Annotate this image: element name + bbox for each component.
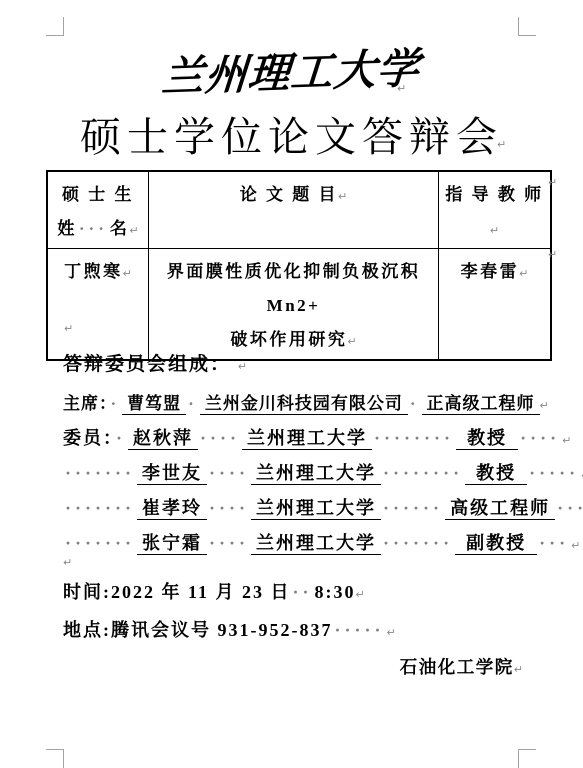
place-value: 腾讯会议号 931-952-837 (111, 620, 333, 640)
space-dots: ········ (381, 463, 465, 483)
space-dots: ······ (381, 498, 445, 518)
member-name: 李世友 (137, 463, 207, 485)
chair-title: 正高级工程师 (422, 394, 540, 415)
committee-member-row: ·······崔孝玲····兰州理工大学······高级工程师···↵ (63, 494, 583, 520)
margin-crop-mark-bottom-right (518, 749, 536, 768)
university-logo-calligraphy: 兰州理工大学 (160, 35, 422, 104)
space-dots: · (408, 394, 422, 413)
paragraph-mark: ↵ (540, 399, 549, 412)
space-dots: ··· (77, 219, 110, 238)
space-dots: · (114, 428, 128, 448)
space-dots: ···· (207, 533, 251, 553)
paragraph-mark: ↵ (123, 267, 132, 280)
paragraph-mark: ↵ (490, 224, 499, 237)
paragraph-mark: ↵ (356, 588, 365, 601)
member-organization: 兰州理工大学 (242, 428, 372, 450)
header-cell-thesis-title: 论 文 题 目↵ (149, 171, 439, 249)
paragraph-mark: ↵ (519, 267, 528, 280)
paragraph-mark: ↵ (129, 224, 138, 237)
member-organization: 兰州理工大学 (251, 463, 381, 485)
header-cell-advisor: 指 导 教 师↵ (439, 171, 552, 249)
school-name: 石油化工学院 (400, 657, 514, 677)
paragraph-mark: ↵ (562, 434, 571, 447)
paragraph-mark: ↵ (387, 626, 396, 639)
space-dots: ·· (291, 582, 315, 602)
margin-crop-mark-bottom-left (46, 749, 64, 768)
space-dots: ··· (555, 498, 583, 518)
member-organization: 兰州理工大学 (251, 533, 381, 555)
member-name: 张宁霜 (137, 533, 207, 555)
paragraph-mark: ↵ (238, 360, 247, 373)
paragraph-mark: ↵ (338, 190, 347, 203)
committee-member-row: ·······张宁霜····兰州理工大学·······副教授···↵ (63, 529, 580, 555)
place-label: 地点: (63, 620, 111, 640)
committee-chair-row: 主席：·曹笃盟·兰州金川科技园有限公司·正高级工程师↵ (63, 389, 549, 414)
chair-name: 曹笃盟 (122, 394, 186, 415)
empty-paragraph-mark: ↵ (64, 322, 73, 335)
time-value: 2022 年 11 月 23 日 (111, 582, 291, 602)
space-dots: ···· (207, 463, 251, 483)
space-dots: ········ (372, 428, 456, 448)
time-row: 时间:2022 年 11 月 23 日··8:30↵ (63, 578, 365, 604)
table-data-row: 丁煦寒↵ 界面膜性质优化抑制负极沉积 Mn2+ 破坏作用研究↵ 李春雷↵ (47, 249, 551, 361)
margin-crop-mark-top-right (518, 17, 536, 36)
space-dots: ······· (63, 463, 137, 483)
table-header-row: 硕 士 生 姓···名↵ 论 文 题 目↵ 指 导 教 师↵ (47, 171, 551, 249)
paragraph-mark: ↵ (497, 138, 506, 151)
cell-thesis-title: 界面膜性质优化抑制负极沉积 Mn2+ 破坏作用研究↵ (149, 249, 439, 361)
member-title: 教授 (456, 428, 518, 450)
space-dots: ····· (333, 620, 387, 640)
chair-organization: 兰州金川科技园有限公司 (200, 394, 408, 415)
student-name: 丁煦寒 (64, 262, 123, 281)
cell-student-name: 丁煦寒↵ (47, 249, 149, 361)
thesis-header-label: 论 文 题 目 (240, 185, 338, 204)
member-organization: 兰州理工大学 (251, 498, 381, 520)
time-label: 时间: (63, 582, 111, 602)
committee-heading: 答辩委员会组成： ↵ (63, 349, 247, 376)
member-title: 教授 (465, 463, 527, 485)
chair-label: 主席： (63, 394, 109, 413)
space-dots: ······· (381, 533, 455, 553)
thesis-title-line2: 破坏作用研究 (230, 330, 347, 349)
student-header-name-right: 名 (110, 219, 130, 238)
student-header-name-left: 姓 (57, 219, 77, 238)
time-clock: 8:30 (315, 582, 356, 602)
member-title: 副教授 (455, 533, 537, 555)
space-dots: ······· (63, 498, 137, 518)
cell-advisor-name: 李春雷↵ (439, 249, 552, 361)
defense-info-table: 硕 士 生 姓···名↵ 论 文 题 目↵ 指 导 教 师↵ 丁煦寒↵ 界面膜性… (46, 170, 552, 361)
place-row: 地点:腾讯会议号 931-952-837·····↵ (63, 616, 396, 642)
thesis-title-line1: 界面膜性质优化抑制负极沉积 Mn2+ (167, 262, 421, 315)
row-end-mark: ↵ (548, 248, 557, 261)
row-end-mark: ↵ (548, 176, 557, 189)
header-cell-student-name: 硕 士 生 姓···名↵ (47, 171, 149, 249)
school-signature: 石油化工学院↵ (400, 654, 523, 679)
committee-heading-text: 答辩委员会组成： (63, 354, 231, 375)
member-title: 高级工程师 (445, 498, 555, 520)
space-dots: ····· (527, 463, 581, 483)
member-name: 赵秋萍 (128, 428, 198, 450)
space-dots: ···· (207, 498, 251, 518)
paragraph-mark: ↵ (397, 82, 406, 95)
committee-member-row: ·······李世友····兰州理工大学········教授·····↵ (63, 459, 583, 485)
members-label: 委员： (63, 428, 114, 448)
paragraph-mark: ↵ (571, 539, 580, 552)
space-dots: · (109, 394, 123, 413)
document-title: 硕士学位论文答辩会 (0, 104, 583, 163)
space-dots: ······· (63, 533, 137, 553)
student-header-line1: 硕 士 生 (62, 185, 134, 204)
advisor-header-label: 指 导 教 师 (445, 185, 543, 204)
committee-member-row: 委员：·赵秋萍····兰州理工大学········教授····↵ (63, 424, 571, 450)
paragraph-mark: ↵ (347, 335, 356, 348)
paragraph-mark: ↵ (514, 663, 523, 676)
advisor-name: 李春雷 (461, 262, 520, 281)
space-dots: ···· (518, 428, 562, 448)
empty-paragraph-mark: ↵ (63, 556, 72, 569)
university-logo-wrap: 兰州理工大学 (0, 40, 583, 100)
space-dots: ··· (537, 533, 571, 553)
member-name: 崔孝玲 (137, 498, 207, 520)
space-dots: ···· (198, 428, 242, 448)
space-dots: · (186, 394, 200, 413)
margin-crop-mark-top-left (46, 17, 64, 36)
